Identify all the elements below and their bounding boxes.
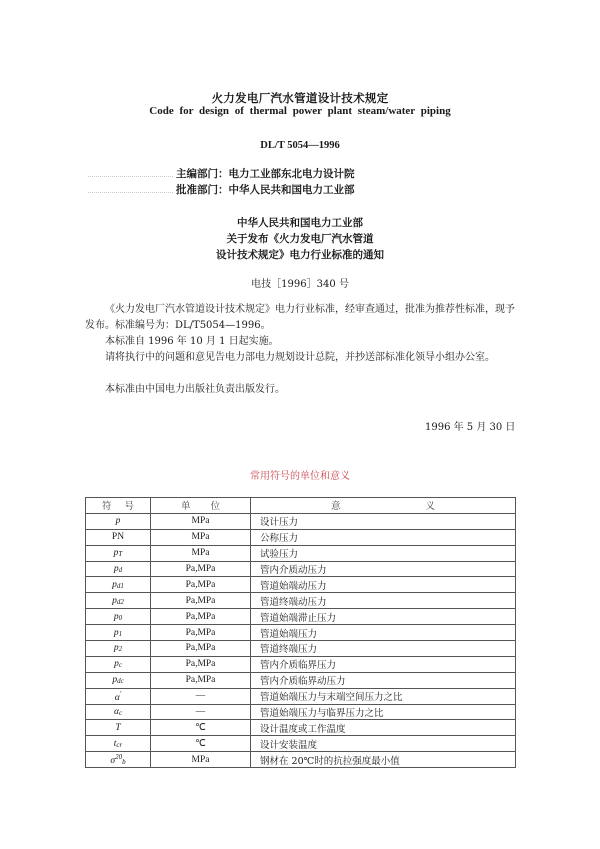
table-header-row: 符号 单位 意义: [86, 498, 516, 514]
table-row: pdPa,MPa管内介质动压力: [86, 561, 516, 577]
table-row: p0Pa,MPa管道始端滞止压力: [86, 609, 516, 625]
meaning-cell: 管道始端压力与末端空间压力之比: [251, 688, 516, 704]
unit-cell: MPa: [151, 529, 251, 545]
department-value: 中华人民共和国电力工业部: [229, 182, 355, 197]
department-label: 主编部门：: [176, 166, 229, 181]
department-label: 批准部门：: [176, 182, 229, 197]
unit-cell: Pa,MPa: [151, 593, 251, 609]
notice-title-line-3: 设计技术规定》电力行业标准的通知: [0, 247, 600, 262]
meaning-cell: 管内介质临界压力: [251, 656, 516, 672]
header-meaning: 意义: [251, 498, 516, 514]
symbol-cell: p1: [86, 625, 151, 641]
symbol-cell: pd2: [86, 593, 151, 609]
meaning-cell: 公称压力: [251, 529, 516, 545]
notice-date: 1996 年 5 月 30 日: [425, 418, 515, 433]
unit-cell: Pa,MPa: [151, 672, 251, 688]
meaning-cell: 管道始端动压力: [251, 577, 516, 593]
document-title-en: Code for design of thermal power plant s…: [0, 105, 600, 117]
table-row: p2Pa,MPa管道终端压力: [86, 641, 516, 657]
symbol-cell: p: [86, 513, 151, 529]
meaning-cell: 管道终端动压力: [251, 593, 516, 609]
meaning-cell: 管道终端压力: [251, 641, 516, 657]
notice-paragraph-3: 请将执行中的问题和意见告电力部电力规划设计总院，并抄送部标准化领导小组办公室。: [85, 350, 515, 366]
unit-cell: Pa,MPa: [151, 641, 251, 657]
meaning-cell: 管道始端压力: [251, 625, 516, 641]
unit-cell: ℃: [151, 736, 251, 752]
header-unit: 单位: [151, 498, 251, 514]
symbol-cell: αc: [86, 704, 151, 720]
meaning-cell: 管道始端压力与临界压力之比: [251, 704, 516, 720]
unit-cell: Pa,MPa: [151, 656, 251, 672]
notice-title-line-2: 关于发布《火力发电厂汽水管道: [0, 231, 600, 246]
notice-paragraph-2: 本标准自 1996 年 10 月 1 日起实施。: [85, 334, 515, 350]
unit-cell: MPa: [151, 752, 251, 768]
unit-cell: Pa,MPa: [151, 609, 251, 625]
unit-cell: MPa: [151, 513, 251, 529]
standard-number: DL/T 5054—1996: [0, 140, 600, 151]
symbol-cell: T: [86, 720, 151, 736]
notice-paragraph-4: 本标准由中国电力出版社负责出版发行。: [85, 382, 515, 398]
notice-paragraph-1: 《火力发电厂汽水管道设计技术规定》电力行业标准，经审查通过，批准为推荐性标准，现…: [85, 302, 515, 334]
department-value: 电力工业部东北电力设计院: [229, 166, 355, 181]
symbols-table-title: 常用符号的单位和意义: [0, 467, 600, 482]
table-row: pd1Pa,MPa管道始端动压力: [86, 577, 516, 593]
symbol-cell: pdc: [86, 672, 151, 688]
unit-cell: ℃: [151, 720, 251, 736]
unit-cell: Pa,MPa: [151, 577, 251, 593]
symbol-cell: α′: [86, 688, 151, 704]
editing-department: 主编部门： 电力工业部东北电力设计院: [88, 166, 355, 181]
meaning-cell: 试验压力: [251, 545, 516, 561]
table-row: α′—管道始端压力与末端空间压力之比: [86, 688, 516, 704]
table-row: tcr℃设计安装温度: [86, 736, 516, 752]
table-row: p1Pa,MPa管道始端压力: [86, 625, 516, 641]
symbols-table: 符号 单位 意义 pMPa设计压力PNMPa公称压力pTMPa试验压力pdPa,…: [85, 497, 516, 768]
meaning-cell: 管内介质动压力: [251, 561, 516, 577]
symbol-cell: pT: [86, 545, 151, 561]
symbol-cell: pc: [86, 656, 151, 672]
document-number: 电技［1996］340 号: [0, 275, 600, 290]
table-row: T℃设计温度或工作温度: [86, 720, 516, 736]
unit-cell: —: [151, 704, 251, 720]
symbol-cell: pd: [86, 561, 151, 577]
notice-title-line-1: 中华人民共和国电力工业部: [0, 215, 600, 230]
meaning-cell: 设计温度或工作温度: [251, 720, 516, 736]
symbol-cell: PN: [86, 529, 151, 545]
table-row: pcPa,MPa管内介质临界压力: [86, 656, 516, 672]
table-row: σ20bMPa钢材在 20℃时的抗拉强度最小值: [86, 752, 516, 768]
meaning-cell: 管道始端滞止压力: [251, 609, 516, 625]
unit-cell: MPa: [151, 545, 251, 561]
symbol-cell: pd1: [86, 577, 151, 593]
table-row: αc—管道始端压力与临界压力之比: [86, 704, 516, 720]
symbol-cell: p2: [86, 641, 151, 657]
table-row: pd2Pa,MPa管道终端动压力: [86, 593, 516, 609]
header-symbol: 符号: [86, 498, 151, 514]
table-row: PNMPa公称压力: [86, 529, 516, 545]
symbol-cell: tcr: [86, 736, 151, 752]
table-row: pTMPa试验压力: [86, 545, 516, 561]
dotted-leader: [88, 170, 173, 177]
symbol-cell: p0: [86, 609, 151, 625]
unit-cell: Pa,MPa: [151, 625, 251, 641]
meaning-cell: 设计安装温度: [251, 736, 516, 752]
dotted-leader: [88, 186, 173, 193]
symbol-cell: σ20b: [86, 752, 151, 768]
meaning-cell: 设计压力: [251, 513, 516, 529]
table-row: pdcPa,MPa管内介质临界动压力: [86, 672, 516, 688]
document-title-cn: 火力发电厂汽水管道设计技术规定: [0, 90, 600, 106]
meaning-cell: 管内介质临界动压力: [251, 672, 516, 688]
unit-cell: Pa,MPa: [151, 561, 251, 577]
meaning-cell: 钢材在 20℃时的抗拉强度最小值: [251, 752, 516, 768]
table-row: pMPa设计压力: [86, 513, 516, 529]
approving-department: 批准部门： 中华人民共和国电力工业部: [88, 182, 355, 197]
unit-cell: —: [151, 688, 251, 704]
